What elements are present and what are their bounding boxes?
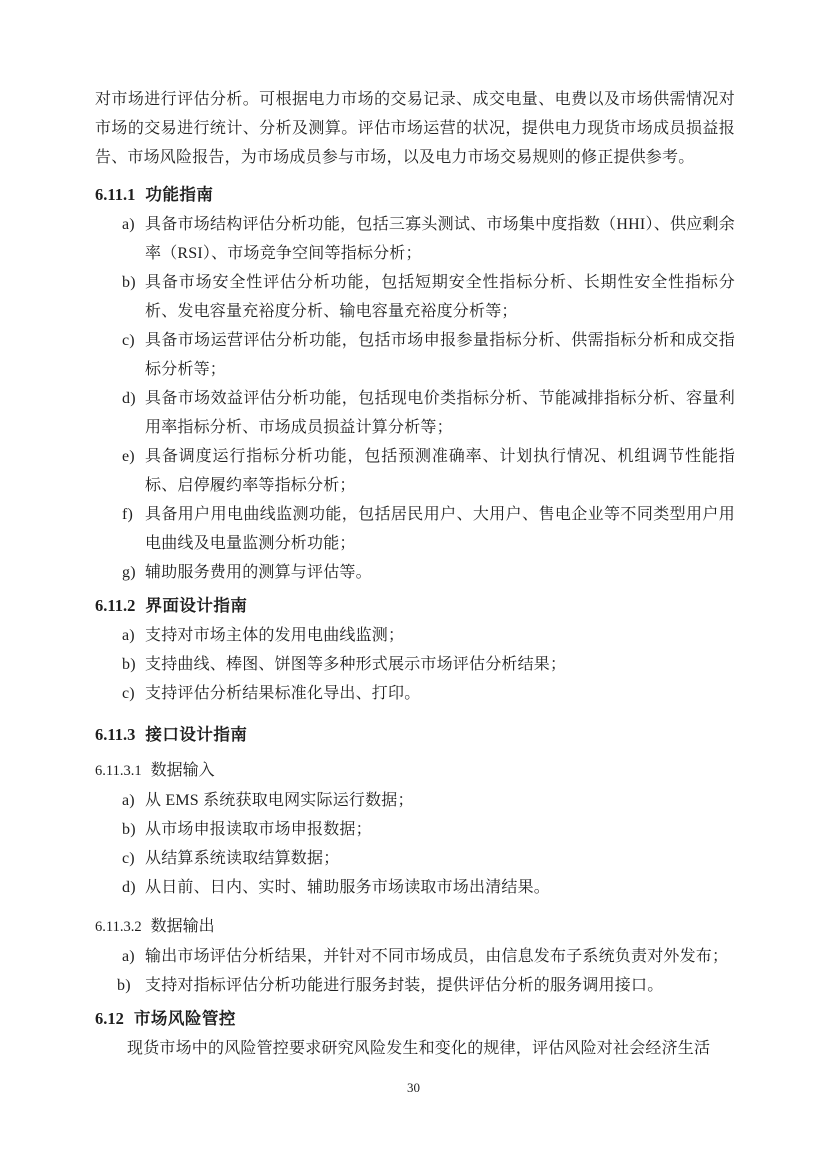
item-label: a) xyxy=(122,621,135,650)
item-label: g) xyxy=(122,558,136,587)
section-heading-6-11-1: 6.11.1功能指南 xyxy=(95,180,735,210)
item-text: 从市场申报读取市场申报数据； xyxy=(145,821,372,838)
section-number: 6.11.1 xyxy=(95,185,135,204)
subsection-title: 数据输入 xyxy=(151,762,215,779)
section-number: 6.11.2 xyxy=(95,596,135,615)
list-item: a)支持对市场主体的发用电曲线监测； xyxy=(95,621,735,650)
item-text: 具备调度运行指标分析功能，包括预测准确率、计划执行情况、机组调节性能指标、启停履… xyxy=(145,448,735,494)
item-label: a) xyxy=(122,210,135,239)
item-label: d) xyxy=(122,873,136,902)
item-label: a) xyxy=(122,786,135,815)
data-output-list: a)输出市场评估分析结果，并针对不同市场成员，由信息发布子系统负责对外发布； b… xyxy=(95,942,735,1000)
item-text: 支持曲线、棒图、饼图等多种形式展示市场评估分析结果； xyxy=(145,656,566,673)
list-item: a)输出市场评估分析结果，并针对不同市场成员，由信息发布子系统负责对外发布； xyxy=(95,942,735,971)
risk-control-paragraph: 现货市场中的风险管控要求研究风险发生和变化的规律，评估风险对社会经济生活 xyxy=(95,1034,735,1063)
item-label: b) xyxy=(117,971,131,1000)
section-title: 市场风险管控 xyxy=(134,1010,236,1028)
section-title: 接口设计指南 xyxy=(145,726,247,744)
page-number: 30 xyxy=(0,1080,827,1096)
item-label: c) xyxy=(122,679,135,708)
section-title: 功能指南 xyxy=(145,186,213,204)
intro-paragraph: 对市场进行评估分析。可根据电力市场的交易记录、成交电量、电费以及市场供需情况对市… xyxy=(95,85,735,172)
section-heading-6-11-2: 6.11.2界面设计指南 xyxy=(95,591,735,621)
item-text: 从结算系统读取结算数据； xyxy=(145,850,339,867)
list-item: c)从结算系统读取结算数据； xyxy=(95,844,735,873)
list-item: g)辅助服务费用的测算与评估等。 xyxy=(95,558,735,587)
subsection-number: 6.11.3.2 xyxy=(95,919,142,935)
item-label: c) xyxy=(122,326,135,355)
item-text: 输出市场评估分析结果，并针对不同市场成员，由信息发布子系统负责对外发布； xyxy=(145,948,728,965)
list-item: b)从市场申报读取市场申报数据； xyxy=(95,815,735,844)
item-text: 具备市场安全性评估分析功能，包括短期安全性指标分析、长期性安全性指标分析、发电容… xyxy=(145,274,735,320)
item-label: d) xyxy=(122,384,136,413)
list-item: c)支持评估分析结果标准化导出、打印。 xyxy=(95,679,735,708)
function-guide-list: a)具备市场结构评估分析功能，包括三寡头测试、市场集中度指数（HHI）、供应剩余… xyxy=(95,210,735,587)
section-heading-6-11-3: 6.11.3接口设计指南 xyxy=(95,720,735,750)
item-label: b) xyxy=(122,815,136,844)
list-item: c)具备市场运营评估分析功能，包括市场申报参量指标分析、供需指标分析和成交指标分… xyxy=(95,326,735,384)
section-heading-6-12: 6.12市场风险管控 xyxy=(95,1004,735,1034)
document-page: 对市场进行评估分析。可根据电力市场的交易记录、成交电量、电费以及市场供需情况对市… xyxy=(0,0,827,1169)
item-text: 支持对市场主体的发用电曲线监测； xyxy=(145,627,404,644)
list-item: d)具备市场效益评估分析功能，包括现电价类指标分析、节能减排指标分析、容量利用率… xyxy=(95,384,735,442)
item-text: 辅助服务费用的测算与评估等。 xyxy=(145,564,372,581)
subsection-heading-6-11-3-2: 6.11.3.2数据输出 xyxy=(95,912,735,942)
list-item: b)支持对指标评估分析功能进行服务封装，提供评估分析的服务调用接口。 xyxy=(95,971,735,1000)
item-text: 具备市场效益评估分析功能，包括现电价类指标分析、节能减排指标分析、容量利用率指标… xyxy=(145,390,735,436)
item-text: 从 EMS 系统获取电网实际运行数据； xyxy=(145,792,414,809)
list-item: a)具备市场结构评估分析功能，包括三寡头测试、市场集中度指数（HHI）、供应剩余… xyxy=(95,210,735,268)
data-input-list: a)从 EMS 系统获取电网实际运行数据； b)从市场申报读取市场申报数据； c… xyxy=(95,786,735,902)
item-label: e) xyxy=(122,442,135,471)
list-item: b)支持曲线、棒图、饼图等多种形式展示市场评估分析结果； xyxy=(95,650,735,679)
section-number: 6.11.3 xyxy=(95,725,135,744)
item-text: 支持对指标评估分析功能进行服务封装，提供评估分析的服务调用接口。 xyxy=(145,977,663,994)
list-item: f)具备用户用电曲线监测功能，包括居民用户、大用户、售电企业等不同类型用户用电曲… xyxy=(95,500,735,558)
section-number: 6.12 xyxy=(95,1009,124,1028)
item-text: 支持评估分析结果标准化导出、打印。 xyxy=(145,685,420,702)
subsection-heading-6-11-3-1: 6.11.3.1数据输入 xyxy=(95,756,735,786)
list-item: a)从 EMS 系统获取电网实际运行数据； xyxy=(95,786,735,815)
item-text: 具备市场结构评估分析功能，包括三寡头测试、市场集中度指数（HHI）、供应剩余率（… xyxy=(145,216,735,262)
item-text: 具备用户用电曲线监测功能，包括居民用户、大用户、售电企业等不同类型用户用电曲线及… xyxy=(145,506,735,552)
item-label: f) xyxy=(122,500,133,529)
list-item: b)具备市场安全性评估分析功能，包括短期安全性指标分析、长期性安全性指标分析、发… xyxy=(95,268,735,326)
list-item: e)具备调度运行指标分析功能，包括预测准确率、计划执行情况、机组调节性能指标、启… xyxy=(95,442,735,500)
item-label: c) xyxy=(122,844,135,873)
item-label: a) xyxy=(122,942,135,971)
item-label: b) xyxy=(122,650,136,679)
item-text: 具备市场运营评估分析功能，包括市场申报参量指标分析、供需指标分析和成交指标分析等… xyxy=(145,332,735,378)
subsection-title: 数据输出 xyxy=(151,918,215,935)
section-title: 界面设计指南 xyxy=(145,597,247,615)
subsection-number: 6.11.3.1 xyxy=(95,763,142,779)
ui-design-guide-list: a)支持对市场主体的发用电曲线监测； b)支持曲线、棒图、饼图等多种形式展示市场… xyxy=(95,621,735,708)
item-label: b) xyxy=(122,268,136,297)
item-text: 从日前、日内、实时、辅助服务市场读取市场出清结果。 xyxy=(145,879,550,896)
list-item: d)从日前、日内、实时、辅助服务市场读取市场出清结果。 xyxy=(95,873,735,902)
